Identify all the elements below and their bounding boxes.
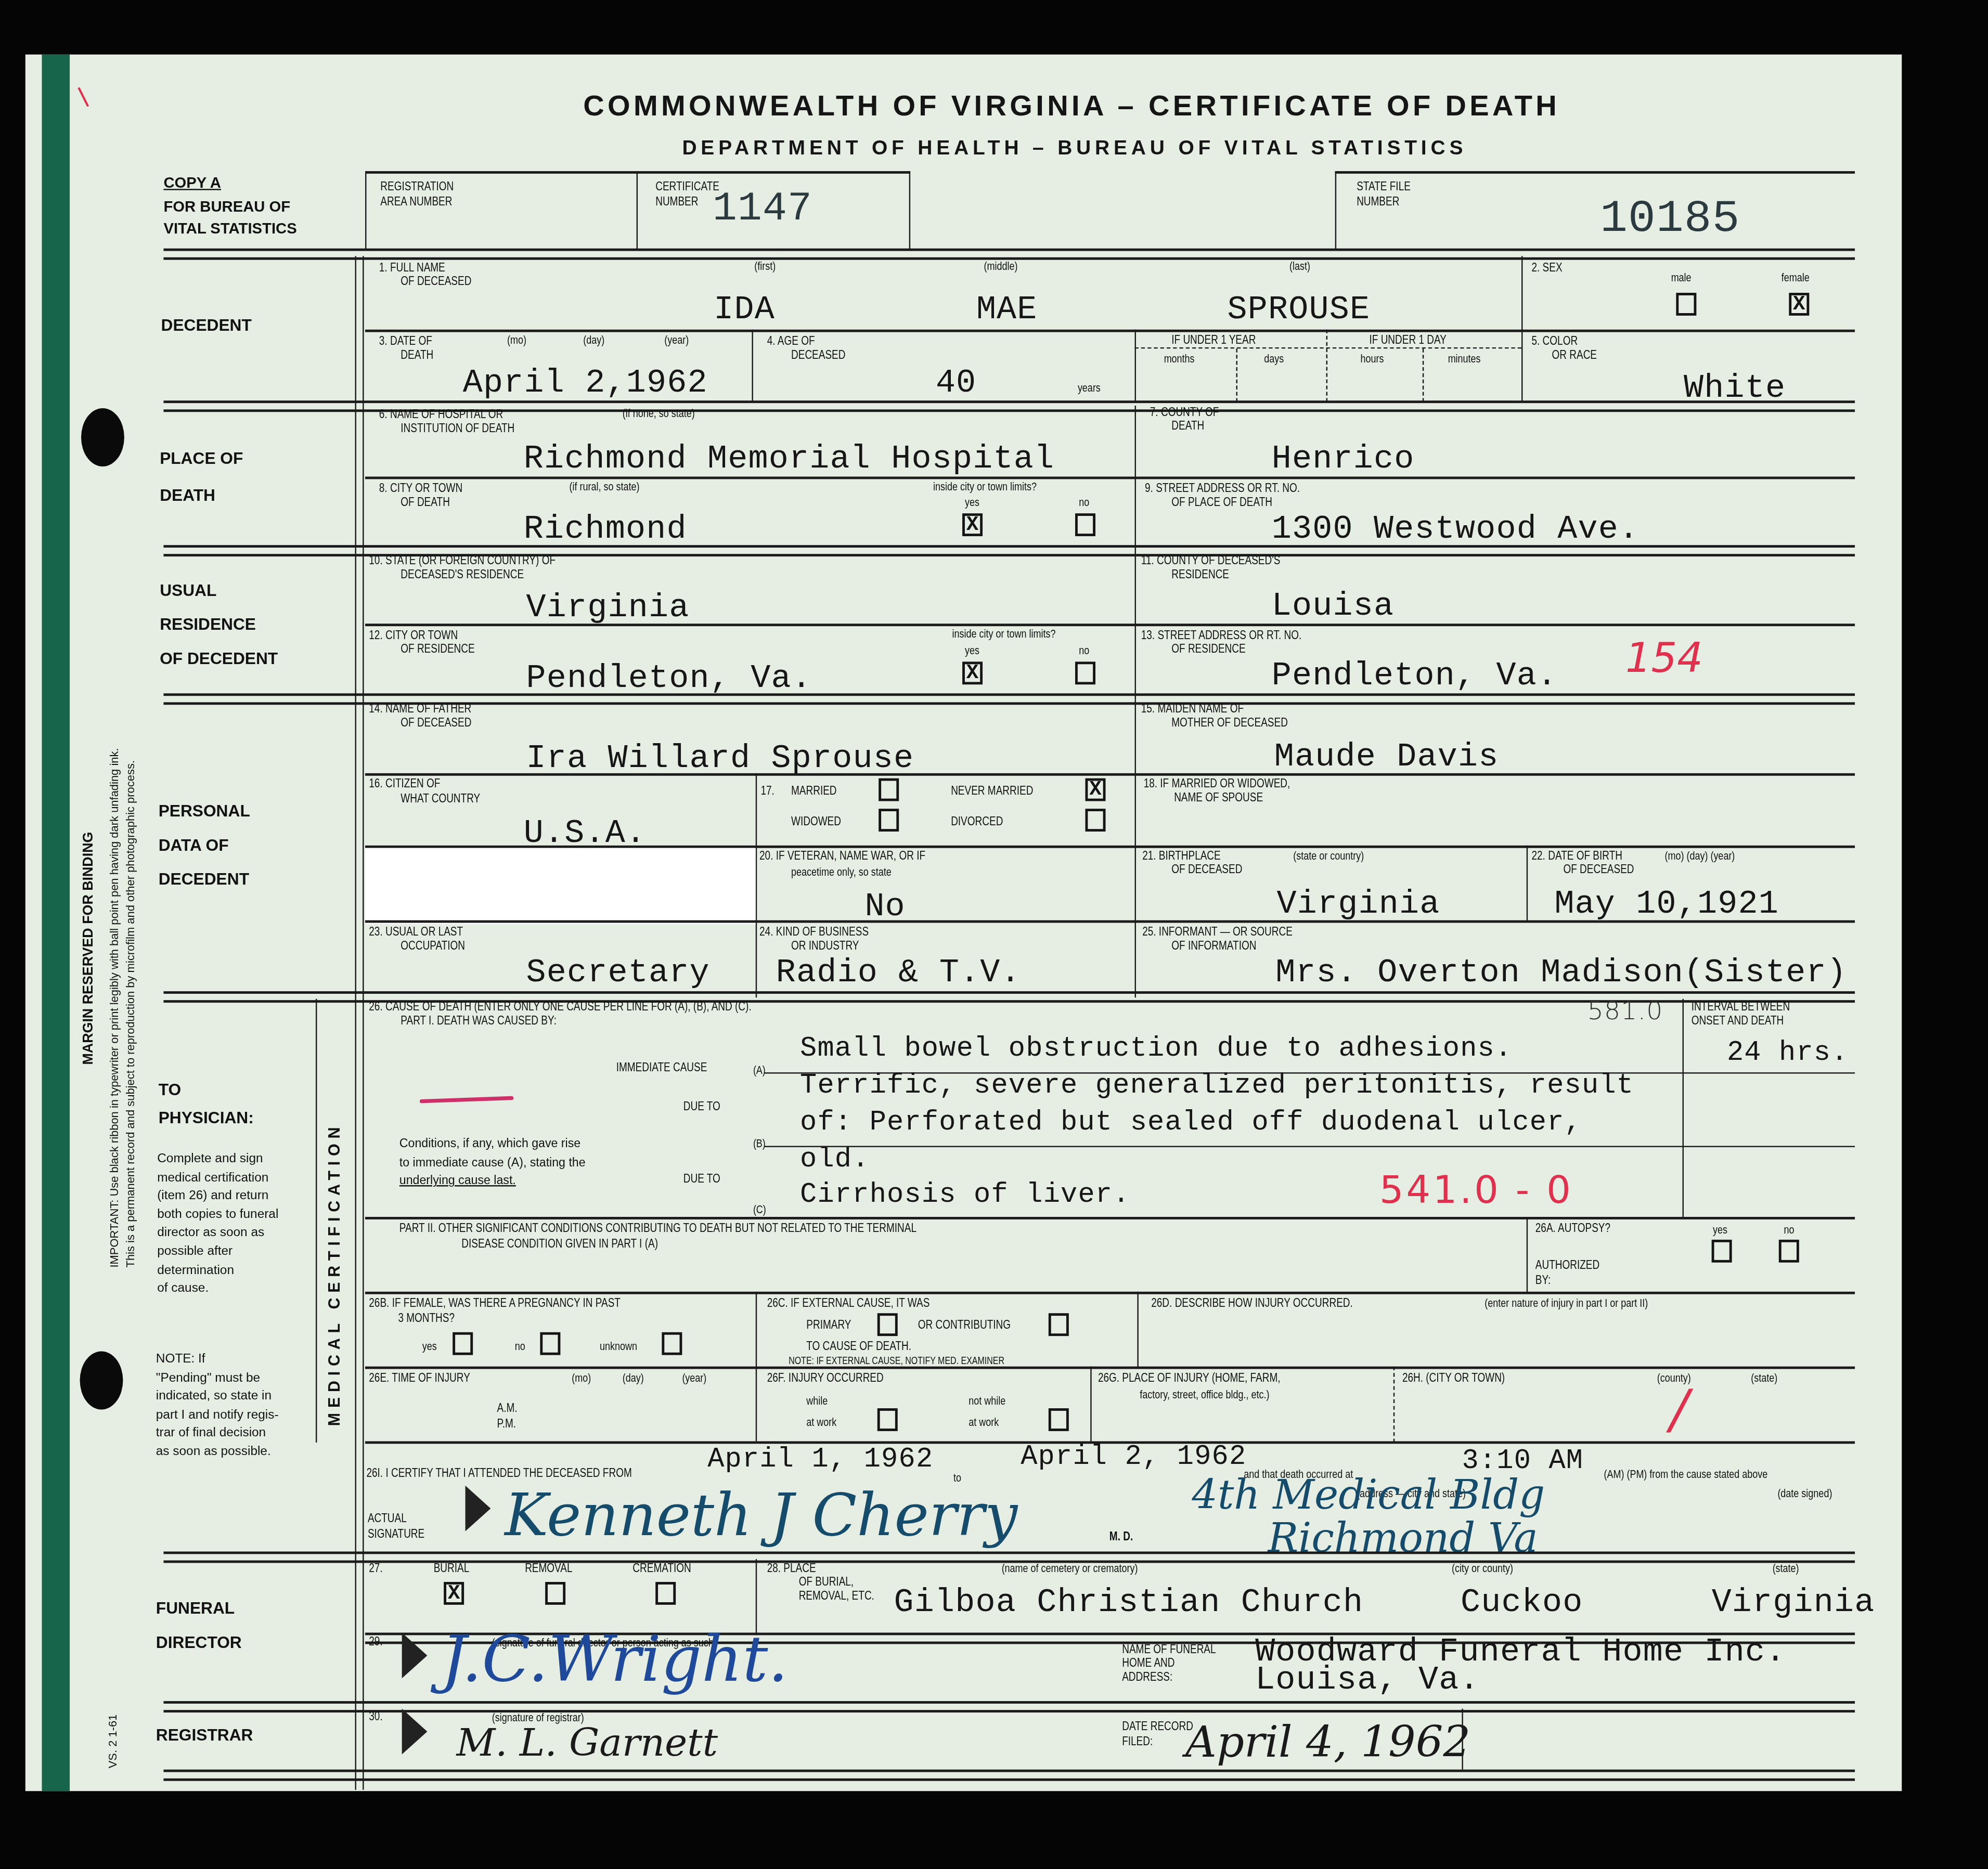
note-line: part I and notify regis- — [156, 1407, 279, 1425]
f22-hint: (mo) (day) (year) — [1664, 848, 1735, 863]
punch-hole — [80, 1351, 123, 1409]
physician-instructions: Complete and sign medical certification … — [157, 1151, 278, 1299]
birthplace: Virginia — [1277, 885, 1440, 923]
residence-city: Pendleton, Va. — [526, 659, 812, 697]
f22-label: 22. DATE OF BIRTH — [1532, 849, 1622, 864]
page-title: COMMONWEALTH OF VIRGINIA – CERTIFICATE O… — [583, 89, 1560, 123]
section-usual-residence: RESIDENCE — [160, 607, 256, 642]
rule — [756, 773, 757, 997]
divorced-checkbox[interactable] — [1086, 809, 1106, 832]
rule — [1683, 999, 1684, 1217]
form-code: VS. 2 1-61 — [107, 1715, 119, 1769]
section-to-physician: PHYSICIAN: — [159, 1100, 254, 1135]
note-line: indicated, so state in — [156, 1388, 279, 1407]
rule — [365, 1292, 1855, 1294]
rule — [1393, 1367, 1395, 1443]
pregnancy-yes-checkbox[interactable] — [453, 1332, 473, 1355]
f15-label: MOTHER OF DECEASED — [1171, 716, 1288, 731]
certificate-number-label: NUMBER — [655, 195, 698, 210]
f17-label: 17. — [761, 785, 774, 800]
hospital-name: Richmond Memorial Hospital — [524, 440, 1055, 478]
rule — [365, 1217, 1855, 1219]
married-checkbox[interactable] — [879, 778, 899, 801]
f26-label: PART I. DEATH WAS CAUSED BY: — [401, 1014, 557, 1029]
burial-checkbox[interactable]: X — [444, 1582, 464, 1605]
f8-yes-label: yes — [965, 495, 979, 510]
note-line: trar of final decision — [156, 1425, 279, 1444]
section-usual-residence: OF DECEDENT — [160, 641, 278, 676]
f6-label: 6. NAME OF HOSPITAL OR — [379, 408, 503, 423]
married-label: MARRIED — [791, 785, 837, 800]
certificate-number-label: CERTIFICATE — [655, 180, 719, 195]
never-married-label: NEVER MARRIED — [951, 785, 1033, 800]
sex-male-checkbox[interactable] — [1676, 293, 1696, 316]
f25-label: OF INFORMATION — [1171, 939, 1256, 954]
while-at-work-checkbox[interactable] — [877, 1408, 898, 1431]
father-name: Ira Willard Sprouse — [526, 739, 914, 777]
cremation-checkbox[interactable] — [655, 1582, 676, 1605]
state-file-label: NUMBER — [1357, 195, 1399, 210]
red-code-annotation: 541.0 - 0 — [1379, 1169, 1573, 1213]
rule — [365, 624, 1855, 626]
margin-binding-title: MARGIN RESERVED FOR BINDING — [81, 832, 96, 1065]
informant: Mrs. Overton Madison(Sister) — [1275, 953, 1847, 991]
age-unit: years — [1078, 380, 1101, 395]
f23-label: OCCUPATION — [401, 939, 465, 954]
f26c-label: 26c. IF EXTERNAL CAUSE, IT WAS — [767, 1297, 930, 1312]
section-decedent: DECEDENT — [161, 308, 252, 342]
rule — [163, 1770, 1855, 1781]
f18-label: NAME OF SPOUSE — [1174, 791, 1263, 806]
signature-arrow-icon — [402, 1709, 428, 1755]
cause-a-label: (A) — [753, 1062, 766, 1078]
f9-label: 9. STREET ADDRESS OR RT. NO. — [1145, 482, 1300, 497]
rule — [765, 1146, 1855, 1148]
f18-label: 18. IF MARRIED OR WIDOWED, — [1144, 777, 1290, 792]
conditions-note: Conditions, if any, which gave rise to i… — [399, 1136, 586, 1191]
f16-label: WHAT COUNTRY — [401, 792, 480, 807]
physician-signature: Kenneth J Cherry — [505, 1481, 1017, 1549]
occupation: Secretary — [526, 953, 710, 991]
f3-year-hint: (year) — [664, 332, 689, 347]
cause-c-label: (C) — [753, 1202, 766, 1217]
rule — [1137, 1292, 1139, 1368]
f12-inside-yes-checkbox[interactable]: X — [962, 661, 983, 684]
divorced-label: DIVORCED — [951, 815, 1003, 830]
date-record-filed: April 4, 1962 — [1185, 1718, 1470, 1769]
minutes-label: minutes — [1448, 351, 1481, 366]
f26g-label: 26g. PLACE OF INJURY (home, farm, — [1098, 1371, 1281, 1386]
f7-label: DEATH — [1171, 420, 1204, 435]
onset-interval: 24 hrs. — [1727, 1037, 1849, 1069]
days-label: days — [1264, 351, 1284, 366]
veteran-status: No — [864, 887, 906, 925]
months-label: months — [1164, 351, 1195, 366]
f14-label: OF DECEASED — [401, 716, 471, 731]
ampm-text: (AM) (PM) from the cause stated above — [1604, 1466, 1767, 1482]
autopsy-yes-checkbox[interactable] — [1712, 1240, 1732, 1263]
registrar-signature: M. L. Garnett — [457, 1721, 718, 1766]
f3-label: DEATH — [401, 348, 433, 364]
f9-label: OF PLACE OF DEATH — [1171, 496, 1272, 511]
f21-label: 21. BIRTHPLACE — [1142, 849, 1221, 864]
attended-from: April 1, 1962 — [707, 1444, 933, 1475]
rule — [1326, 330, 1327, 402]
f30-label: 30. — [369, 1710, 382, 1725]
f26b-label: 3 MONTHS? — [398, 1312, 455, 1327]
f4-label: 4. AGE OF — [767, 335, 815, 350]
section-personal-data: DATA OF — [159, 828, 229, 862]
external-primary-checkbox[interactable] — [877, 1313, 898, 1336]
part2-label: PART II. OTHER SIGNIFICANT CONDITIONS CO… — [399, 1222, 916, 1237]
f28-label: REMOVAL, ETC. — [799, 1590, 874, 1605]
rule — [752, 330, 753, 402]
f20-label: peacetime only, so state — [791, 864, 892, 879]
f3-label: 3. DATE OF — [379, 335, 432, 350]
rule — [316, 999, 317, 1443]
f1-first-hint: (first) — [754, 258, 776, 274]
f21-hint: (state or country) — [1293, 848, 1364, 863]
binding-strip — [42, 55, 70, 1791]
instruction-line: of cause. — [157, 1280, 278, 1299]
f3-mo-hint: (mo) — [507, 332, 526, 347]
rule — [1135, 330, 1137, 402]
part2-label: DISEASE CONDITION GIVEN IN PART I (A) — [461, 1237, 658, 1252]
removal-label: REMOVAL — [525, 1562, 572, 1577]
cause-line-b2: of: Perforated but sealed off duodenal u… — [800, 1107, 1582, 1138]
f6-label: INSTITUTION OF DEATH — [401, 422, 514, 437]
certificate-number: 1147 — [713, 185, 812, 232]
f1-label: OF DECEASED — [401, 275, 471, 290]
state-file-number: 10185 — [1600, 193, 1740, 245]
f24-label: OR INDUSTRY — [791, 939, 859, 954]
attended-to: April 2, 1962 — [1021, 1441, 1246, 1473]
f12-label: 12. CITY OR TOWN — [369, 629, 458, 644]
date-filed-label: DATE RECORD — [1122, 1720, 1193, 1735]
rule — [1527, 846, 1528, 921]
f26f-label: 26f. INJURY OCCURRED — [767, 1371, 884, 1386]
margin-important-2: This is a permanent record and subject t… — [124, 760, 137, 1268]
removal-checkbox[interactable] — [545, 1582, 565, 1605]
cause-line-a: Small bowel obstruction due to adhesions… — [800, 1033, 1512, 1065]
decedent-first-name: IDA — [714, 290, 775, 328]
never-married-checkbox[interactable]: X — [1086, 778, 1106, 801]
punch-hole — [81, 408, 124, 466]
am-label: A.M. — [497, 1402, 518, 1417]
note-line: "Pending" must be — [156, 1370, 279, 1388]
residence-state: Virginia — [526, 588, 690, 626]
cause-code-annotation: 581.0 — [1587, 995, 1663, 1026]
f13-label: 13. STREET ADDRESS OR RT. NO. — [1141, 629, 1301, 644]
f26b-label: 26b. IF FEMALE, WAS THERE A PREGNANCY IN… — [369, 1297, 621, 1312]
f29-label: 29. — [369, 1635, 382, 1650]
f8-no-label: no — [1079, 495, 1089, 510]
f2-label: 2. SEX — [1532, 261, 1563, 276]
note-line: NOTE: If — [156, 1351, 279, 1370]
f26h-state: (state) — [1751, 1370, 1777, 1385]
cemetery-hint: (name of cemetery or crematory) — [1002, 1561, 1138, 1576]
actual-signature-label: SIGNATURE — [368, 1527, 424, 1542]
f25-label: 25. INFORMANT — OR SOURCE — [1142, 925, 1293, 940]
autopsy-no-checkbox[interactable] — [1779, 1240, 1799, 1263]
conditions-note-line: Conditions, if any, which gave rise — [399, 1136, 586, 1154]
f5-label: 5. COLOR — [1532, 335, 1578, 350]
f11-label: RESIDENCE — [1171, 568, 1229, 583]
rule — [365, 920, 1855, 923]
f26h-label: 26h. (city or town) — [1402, 1371, 1505, 1386]
f12-label: OF RESIDENCE — [401, 643, 474, 658]
under-day-label: IF UNDER 1 DAY — [1370, 333, 1447, 348]
burial-state: Virginia — [1712, 1583, 1875, 1621]
cause-line-b1: Terrific, severe generalized peritonitis… — [800, 1070, 1634, 1101]
f6-hint: (if none, so state) — [623, 406, 695, 421]
f8-label: OF DEATH — [401, 496, 450, 511]
section-usual-residence: USUAL — [160, 573, 216, 607]
f8-inside-no-checkbox[interactable] — [1075, 513, 1095, 536]
f5-label: OR RACE — [1552, 348, 1597, 364]
due-to-label: DUE TO — [683, 1100, 720, 1115]
f20-label: 20. IF VETERAN, name war, or if — [759, 849, 925, 864]
registration-area-label: AREA NUMBER — [380, 195, 452, 210]
instruction-line: Complete and sign — [157, 1151, 278, 1170]
section-registrar: REGISTRAR — [156, 1718, 253, 1752]
note-line: as soon as possible. — [156, 1444, 279, 1462]
f12-inside-question: inside city or town limits? — [952, 626, 1056, 641]
f8-inside-yes-checkbox[interactable]: X — [962, 513, 983, 536]
widowed-checkbox[interactable] — [879, 809, 899, 832]
rule — [1135, 700, 1137, 998]
f14-label: 14. NAME OF FATHER — [369, 702, 471, 717]
city-county-hint: (city or county) — [1452, 1561, 1513, 1576]
f28-label: OF BURIAL, — [799, 1576, 854, 1591]
f1-label: 1. FULL NAME — [379, 261, 445, 276]
f26e-year: (year) — [682, 1370, 706, 1385]
at-work-label: at work — [806, 1414, 836, 1430]
f27-label: 27. — [369, 1562, 382, 1577]
sex-male-label: male — [1671, 270, 1692, 285]
signature-arrow-icon — [466, 1486, 491, 1531]
rule — [637, 171, 638, 250]
to-cause-label: TO CAUSE OF DEATH. — [806, 1340, 911, 1355]
f3-day-hint: (day) — [583, 332, 604, 347]
residence-county: Louisa — [1272, 587, 1395, 625]
primary-label: PRIMARY — [806, 1318, 851, 1333]
state-hint: (state) — [1773, 1561, 1799, 1576]
red-annotation-154: 154 — [1625, 634, 1703, 682]
f8-inside-question: inside city or town limits? — [933, 479, 1037, 494]
conditions-note-line: to immediate cause (A), stating the — [399, 1154, 586, 1172]
f12-no-label: no — [1079, 643, 1089, 658]
f10-label: DECEASED'S RESIDENCE — [401, 568, 524, 583]
f1-middle-hint: (middle) — [984, 258, 1018, 274]
immediate-cause-label: IMMEDIATE CAUSE — [616, 1061, 707, 1076]
redacted-field — [365, 848, 756, 924]
pm-label: P.M. — [497, 1417, 517, 1432]
authorized-by-label: BY: — [1535, 1274, 1551, 1289]
page-subtitle: DEPARTMENT OF HEALTH – BUREAU OF VITAL S… — [682, 138, 1467, 161]
f26d-hint: (enter nature of injury in part I or par… — [1484, 1295, 1648, 1310]
at-work-label: at work — [969, 1414, 999, 1430]
f28-label: 28. PLACE — [767, 1562, 816, 1577]
f12-inside-no-checkbox[interactable] — [1075, 661, 1095, 684]
contributing-label: or CONTRIBUTING — [918, 1318, 1011, 1333]
pregnancy-unknown-label: unknown — [600, 1339, 637, 1354]
date-filed-label: FILED: — [1122, 1735, 1153, 1750]
instruction-line: (item 26) and return — [157, 1188, 278, 1206]
rule — [365, 171, 367, 250]
f26g-label: factory, street, office bldg., etc.) — [1140, 1387, 1269, 1402]
county-of-death: Henrico — [1272, 440, 1415, 478]
residence-street: Pendleton, Va. — [1272, 657, 1558, 695]
street-of-death: 1300 Westwood Ave. — [1272, 510, 1640, 548]
rule — [1090, 1367, 1092, 1443]
rule — [1335, 171, 1337, 250]
instruction-line: medical certification — [157, 1170, 278, 1188]
rule — [909, 171, 911, 250]
actual-signature-label: ACTUAL — [368, 1512, 407, 1527]
copy-label: COPY A — [163, 166, 221, 200]
f26e-mo: (mo) — [572, 1370, 591, 1385]
copy-for-2: VITAL STATISTICS — [163, 218, 296, 238]
f13-label: OF RESIDENCE — [1171, 643, 1245, 658]
due-to-label: DUE TO — [683, 1173, 720, 1188]
business-industry: Radio & T.V. — [776, 953, 1021, 991]
instruction-line: possible after — [157, 1243, 278, 1262]
conditions-note-line: underlying cause last. — [399, 1173, 586, 1191]
section-funeral-director: FUNERAL — [156, 1591, 235, 1625]
rule — [1236, 348, 1237, 401]
date-of-death: April 2,1962 — [463, 364, 708, 402]
pregnancy-no-checkbox[interactable] — [540, 1332, 560, 1355]
interval-label: ONSET AND DEATH — [1692, 1014, 1784, 1029]
certify-text: 26i. I CERTIFY that I attended the decea… — [366, 1466, 631, 1482]
medical-certification-label: MEDICAL CERTIFICATION — [326, 1122, 343, 1426]
decedent-middle-name: MAE — [976, 290, 1038, 328]
rule — [1335, 171, 1855, 174]
while-label: while — [806, 1393, 828, 1408]
autopsy-no-label: no — [1784, 1222, 1795, 1237]
decedent-last-name: SPROUSE — [1228, 290, 1371, 328]
f11-label: 11. COUNTY OF DECEASED'S — [1141, 554, 1281, 569]
section-place-of-death: DEATH — [160, 478, 215, 512]
cause-b-label: (B) — [753, 1136, 766, 1151]
scan-background: \ COMMONWEALTH OF VIRGINIA – CERTIFICATE… — [0, 0, 1988, 1868]
f10-label: 10. STATE (OR FOREIGN COUNTRY) OF — [369, 554, 556, 569]
copy-for: FOR BUREAU OF — [163, 197, 290, 217]
not-while-at-work-checkbox[interactable] — [1049, 1408, 1069, 1431]
rule — [1527, 1217, 1528, 1293]
f21-label: OF DECEASED — [1171, 863, 1242, 878]
rule — [1423, 348, 1424, 401]
state-file-label: STATE FILE — [1357, 180, 1411, 195]
instruction-line: both copies to funeral — [157, 1206, 278, 1225]
interval-label: INTERVAL BETWEEN — [1692, 1000, 1790, 1015]
f26d-label: 26d. DESCRIBE HOW INJURY OCCURRED. — [1151, 1297, 1353, 1312]
f12-yes-label: yes — [965, 643, 979, 658]
f15-label: 15. MAIDEN NAME OF — [1141, 702, 1244, 717]
f26e-label: 26e. TIME OF INJURY — [369, 1371, 470, 1386]
rule — [365, 773, 1855, 776]
authorized-by-label: AUTHORIZED — [1535, 1258, 1599, 1274]
section-personal-data: DECEDENT — [159, 862, 249, 897]
not-while-label: not while — [969, 1393, 1005, 1408]
f8-hint: (if rural, so state) — [569, 479, 639, 494]
date-signed-hint: (date signed) — [1777, 1486, 1832, 1501]
margin-important-1: IMPORTANT: Use black ribbon in typewrite… — [108, 748, 120, 1267]
f23-label: 23. USUAL OR LAST — [369, 925, 463, 940]
cause-line-b3: old. — [800, 1144, 870, 1175]
hours-label: hours — [1360, 351, 1384, 366]
f4-label: DECEASED — [791, 348, 845, 364]
cemetery-name: Gilboa Christian Church — [894, 1583, 1363, 1621]
section-funeral-director: DIRECTOR — [156, 1625, 242, 1659]
funeral-home-address: Louisa, Va. — [1255, 1660, 1480, 1698]
funeral-home-label: HOME AND — [1122, 1657, 1174, 1672]
funeral-director-signature: J.C.Wright. — [441, 1623, 788, 1696]
f7-label: 7. COUNTY OF — [1150, 406, 1219, 421]
rule — [365, 1367, 1855, 1369]
md-label: M. D. — [1109, 1530, 1133, 1545]
pregnancy-no-label: no — [515, 1339, 525, 1354]
date-of-birth: May 10,1921 — [1554, 885, 1779, 923]
city-of-death: Richmond — [524, 510, 687, 548]
f24-label: 24. KIND OF BUSINESS — [759, 925, 869, 940]
age-value: 40 — [936, 364, 977, 402]
sex-female-checkbox[interactable]: X — [1789, 293, 1809, 316]
f8-label: 8. CITY OR TOWN — [379, 482, 462, 497]
cremation-label: CREMATION — [632, 1562, 691, 1577]
burial-city: Cuckoo — [1461, 1583, 1583, 1621]
f1-last-hint: (last) — [1289, 258, 1310, 274]
sex-female-label: female — [1782, 270, 1810, 285]
external-contributing-checkbox[interactable] — [1049, 1313, 1069, 1336]
widowed-label: WIDOWED — [791, 815, 841, 830]
rule — [1521, 256, 1523, 401]
under-year-label: IF UNDER 1 YEAR — [1171, 333, 1256, 348]
instruction-line: determination — [157, 1262, 278, 1281]
cause-line-c: Cirrhosis of liver. — [800, 1179, 1130, 1211]
pregnancy-unknown-checkbox[interactable] — [662, 1332, 682, 1355]
signature-arrow-icon — [402, 1633, 428, 1679]
f16-label: 16. CITIZEN OF — [369, 777, 440, 792]
f26-label: 26. CAUSE OF DEATH (Enter only one cause… — [369, 1000, 751, 1015]
section-place-of-death: PLACE OF — [160, 441, 243, 475]
f22-label: OF DECEASED — [1563, 863, 1634, 878]
note-instructions: NOTE: If "Pending" must be indicated, so… — [156, 1351, 279, 1462]
autopsy-label: 26a. AUTOPSY? — [1535, 1222, 1610, 1237]
mother-maiden-name: Maude Davis — [1274, 738, 1499, 776]
section-personal-data: PERSONAL — [159, 794, 250, 828]
funeral-home-label: NAME OF FUNERAL — [1122, 1643, 1216, 1658]
physician-address-signature: 4th Medical Bldg — [1192, 1471, 1545, 1519]
pregnancy-yes-label: yes — [422, 1339, 437, 1354]
burial-label: BURIAL — [434, 1562, 470, 1577]
funeral-home-label: ADDRESS: — [1122, 1671, 1172, 1686]
instruction-line: director as soon as — [157, 1225, 278, 1244]
f26e-day: (day) — [623, 1370, 644, 1385]
registration-area-label: REGISTRATION — [380, 180, 454, 195]
autopsy-yes-label: yes — [1713, 1222, 1727, 1237]
